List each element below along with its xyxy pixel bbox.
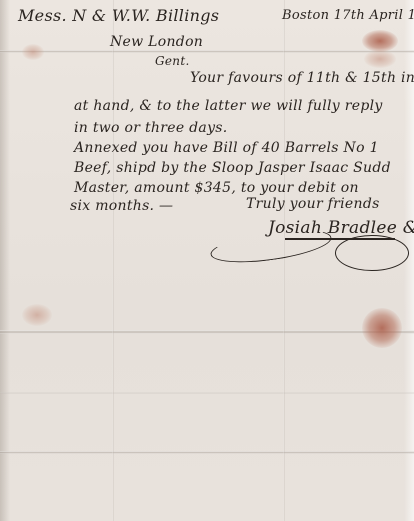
handwritten-letter: Mess. N & W.W. Billings New London Gent.… [0,0,414,521]
wax-seal-stain [364,50,396,68]
fold-line [0,50,414,53]
wax-seal-stain [22,304,52,326]
body-line: six months. — [70,198,173,214]
recipient-location: New London [110,34,203,50]
body-line: Annexed you have Bill of 40 Barrels No 1 [74,140,379,156]
fold-line [0,330,414,334]
body-line: Beef, shipd by the Sloop Jasper Isaac Su… [74,160,391,176]
wax-seal-stain [362,30,398,52]
fold-line [0,392,414,394]
signature-flourish [335,235,409,271]
closing: Truly your friends [246,196,380,212]
wax-seal-stain [362,308,402,348]
body-line: Master, amount $345, to your debit on [74,180,359,196]
fold-line [112,0,114,521]
body-line: at hand, & to the latter we will fully r… [74,98,383,114]
salutation: Gent. [155,54,190,68]
left-edge-shadow [0,0,10,521]
body-line: Your favours of 11th & 15th inst. are [190,70,414,86]
addressee: Mess. N & W.W. Billings [18,6,219,25]
wax-seal-stain [22,44,44,60]
fold-line [0,451,414,454]
dateline: Boston 17th April 182_ [282,8,414,23]
body-line: in two or three days. [74,120,228,136]
